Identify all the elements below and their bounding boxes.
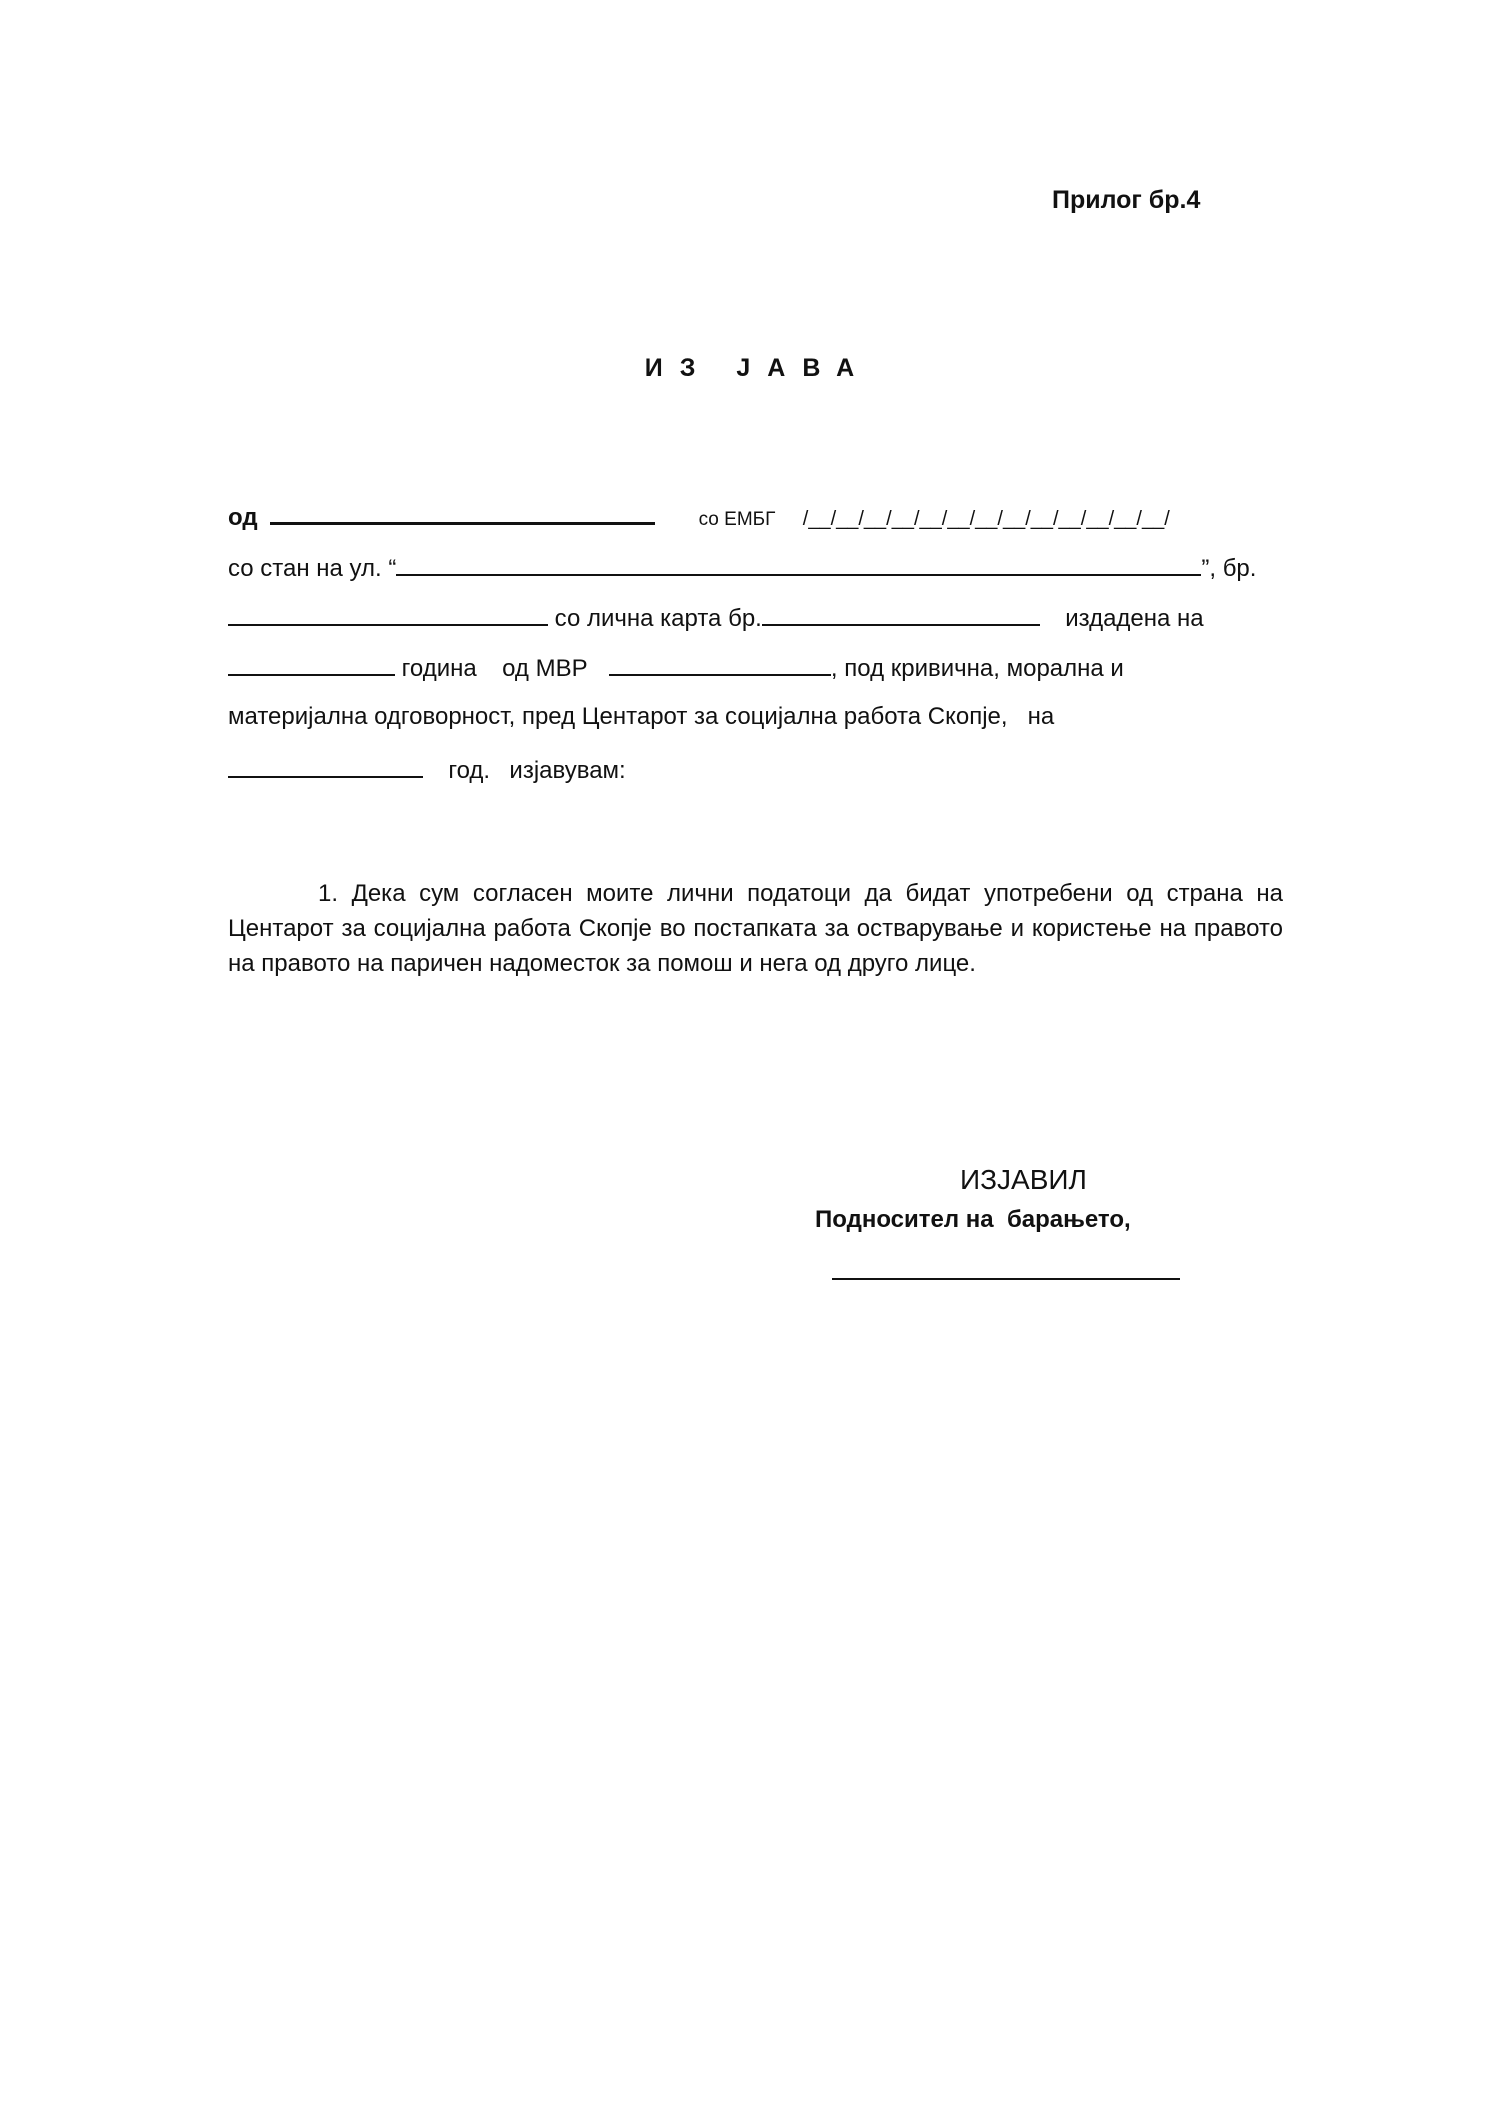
form-line-declaration-date: год. изјавувам: <box>228 754 626 784</box>
declare-label: изјавувам: <box>509 757 625 784</box>
liability-text: , под кривична, морална и <box>831 655 1124 682</box>
mvr-office-field[interactable] <box>609 652 831 676</box>
issue-year-field[interactable] <box>228 652 395 676</box>
form-line-name-embg: од со ЕМБГ /__/__/__/__/__/__/__/__/__/_… <box>228 500 1170 530</box>
declaration-date-field[interactable] <box>228 754 423 778</box>
embg-field[interactable]: /__/__/__/__/__/__/__/__/__/__/__/__/__/ <box>803 508 1170 530</box>
form-line-issuer: година од МВР , под кривична, морална и <box>228 652 1124 682</box>
street-number-field[interactable] <box>228 602 548 626</box>
statement-text: Дека сум согласен моите лични податоци д… <box>228 880 1283 977</box>
street-field[interactable] <box>396 552 1201 576</box>
mvr-label: од МВР <box>502 655 588 682</box>
statement-number: 1. <box>318 880 338 907</box>
form-line-id-card: со лична карта бр. издадена на <box>228 602 1204 632</box>
embg-label: со ЕМБГ <box>699 509 776 530</box>
form-line-address: со стан на ул. “”, бр. <box>228 552 1256 582</box>
id-card-number-field[interactable] <box>762 602 1040 626</box>
statement-paragraph: 1. Дека сум согласен моите лични податоц… <box>228 876 1283 981</box>
applicant-label: Подносител на барањето, <box>815 1206 1131 1234</box>
name-field[interactable] <box>270 500 655 525</box>
year-label: година <box>402 655 477 682</box>
issued-on-label: издадена на <box>1065 605 1203 632</box>
signature-field[interactable] <box>832 1278 1180 1280</box>
street-label: со стан на ул. “ <box>228 555 396 582</box>
declared-label: ИЗЈАВИЛ <box>960 1164 1087 1196</box>
from-label: од <box>228 504 258 531</box>
id-card-label: со лична карта бр. <box>555 605 762 632</box>
document-title: ИЗ ЈАВА <box>0 354 1500 383</box>
form-line-responsibility: материјална одговорност, пред Центарот з… <box>228 702 1054 732</box>
responsibility-text: материјална одговорност, пред Центарот з… <box>228 703 1054 730</box>
year-abbr-label: год. <box>448 757 490 784</box>
annex-label: Прилог бр.4 <box>1052 186 1200 215</box>
street-number-label: ”, бр. <box>1201 555 1256 582</box>
